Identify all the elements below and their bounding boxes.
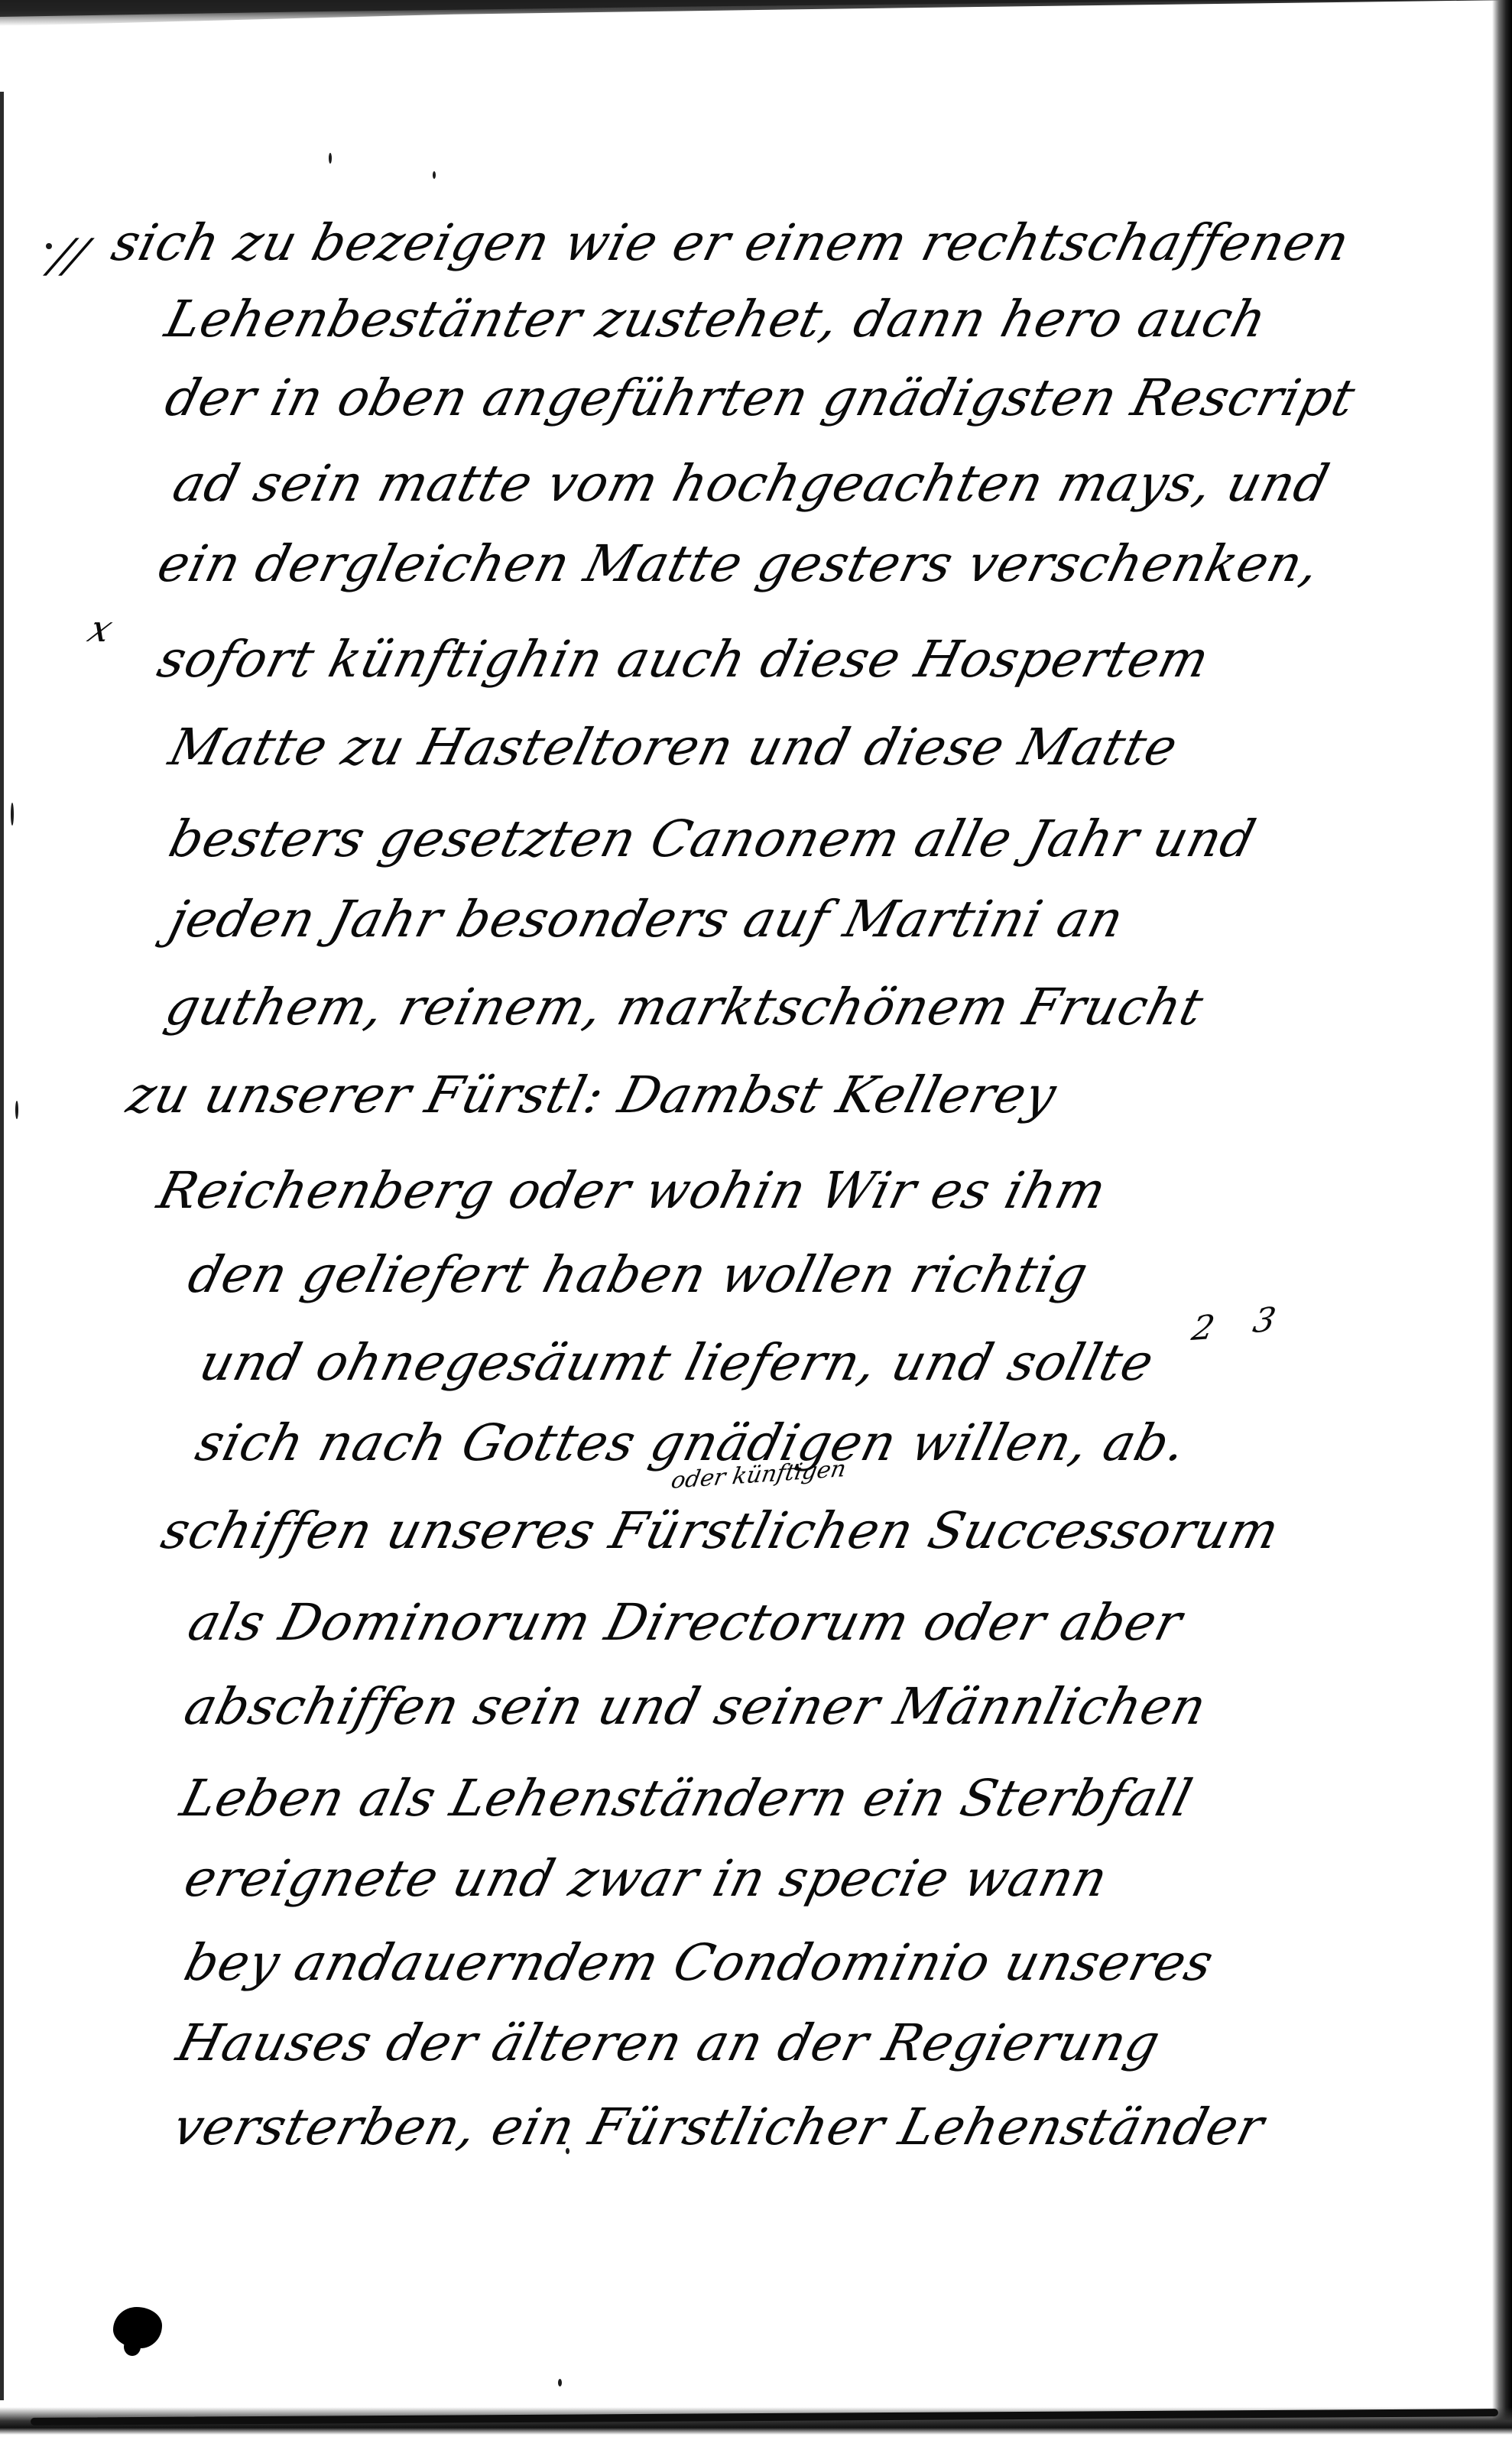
manuscript-line: guthem, reinem, marktschönem Frucht	[161, 982, 1209, 1033]
manuscript-line: ereignete und zwar in specie wann	[180, 1854, 1113, 1904]
manuscript-line: Matte zu Hasteltoren und diese Matte	[164, 722, 1183, 773]
margin-mark: //	[44, 229, 94, 283]
interlinear-note: 2	[1189, 1308, 1218, 1348]
manuscript-line: den geliefert haben wollen richtig	[183, 1250, 1093, 1300]
manuscript-line: sich nach Gottes gnädigen willen, ab.	[191, 1418, 1192, 1468]
manuscript-line: ad sein matte vom hochgeachten mays, und	[168, 459, 1334, 509]
manuscript-line: sofort künftighin auch diese Hospertem	[153, 634, 1215, 685]
interlinear-note: 3	[1250, 1300, 1279, 1341]
manuscript-page: // x sich zu bezeigen wie er einem recht…	[0, 0, 1512, 2453]
manuscript-line: Hauses der älteren an der Regierung	[172, 2018, 1165, 2069]
margin-mark: x	[83, 608, 118, 651]
manuscript-line: der in oben angeführten gnädigsten Rescr…	[161, 373, 1360, 423]
manuscript-line: Reichenberg oder wohin Wir es ihm	[153, 1166, 1111, 1216]
manuscript-line: besters gesetzten Canonem alle Jahr und	[164, 814, 1261, 865]
manuscript-line: bey andauerndem Condominio unseres	[180, 1938, 1218, 1988]
manuscript-line: zu unserer Fürstl: Dambst Kellerey	[122, 1070, 1062, 1121]
manuscript-text: // x sich zu bezeigen wie er einem recht…	[0, 0, 1512, 2453]
manuscript-line: ein dergleichen Matte gesters verschenke…	[153, 539, 1325, 589]
manuscript-line: versterben, ein Fürstlicher Lehenständer	[168, 2102, 1269, 2153]
manuscript-line: sich zu bezeigen wie er einem rechtschaf…	[107, 218, 1355, 268]
manuscript-line: abschiffen sein und seiner Männlichen	[180, 1682, 1212, 1732]
manuscript-line: schiffen unseres Fürstlichen Successorum	[157, 1506, 1284, 1556]
manuscript-line: Leben als Lehenständern ein Sterbfall	[176, 1773, 1197, 1824]
manuscript-line: Lehenbestänter zustehet, dann hero auch	[161, 294, 1272, 345]
manuscript-line: jeden Jahr besonders auf Martini an	[164, 894, 1129, 945]
manuscript-line: als Dominorum Directorum oder aber	[183, 1598, 1187, 1648]
manuscript-line: und ohnegesäumt liefern, und sollte	[195, 1338, 1159, 1388]
